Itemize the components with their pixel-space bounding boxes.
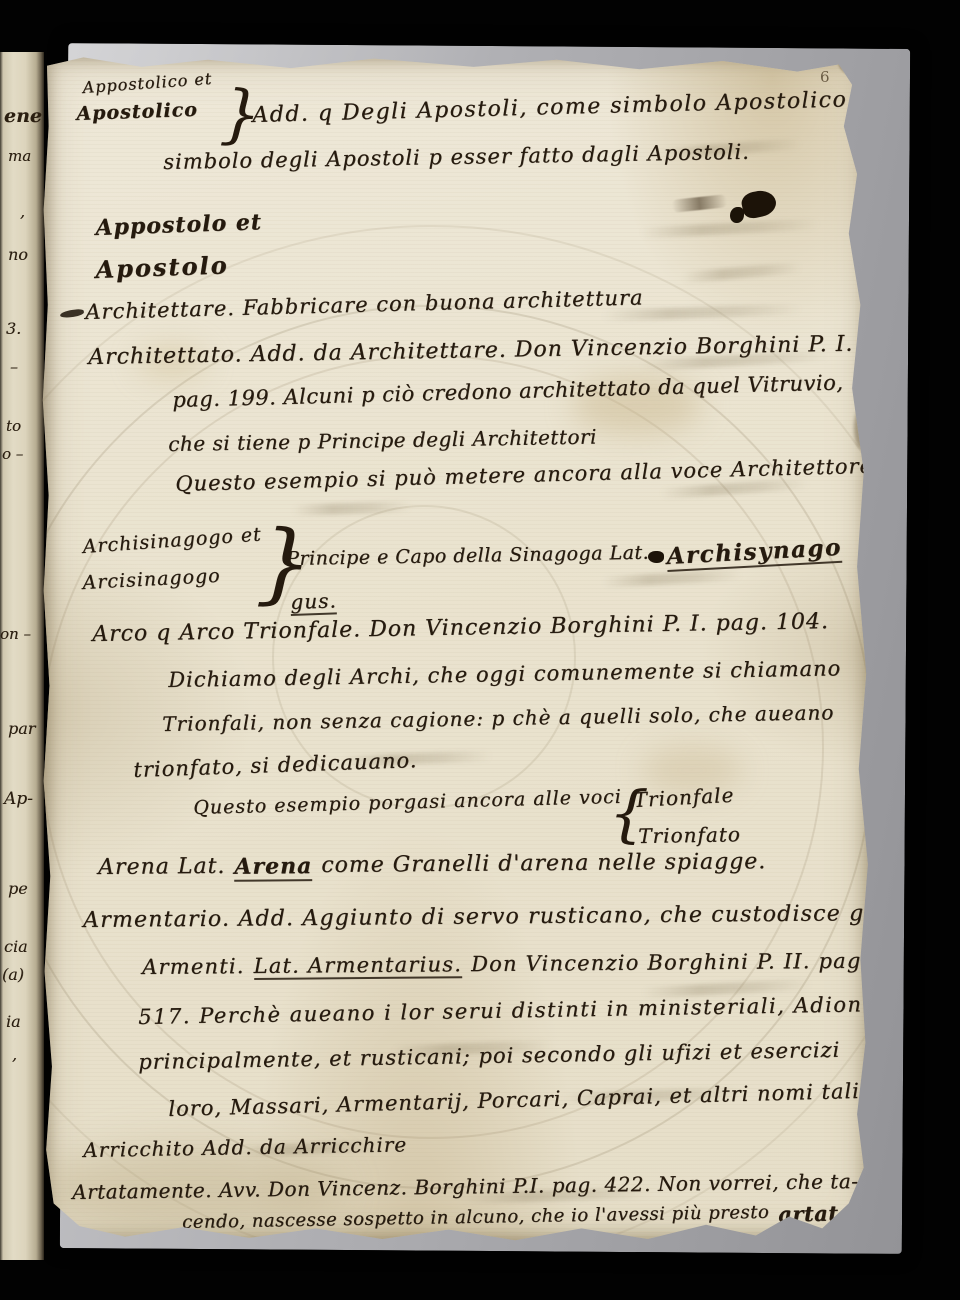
margin-fragment: (a) — [2, 965, 24, 984]
margin-fragment: no — [8, 245, 28, 264]
entry-armentario-citation: Don Vincenzio Borghini P. II. pag — [471, 949, 862, 978]
entry-armentario-armenti: Armenti. — [142, 954, 245, 981]
margin-fragment: cia — [4, 937, 28, 956]
margin-fragment: – — [10, 357, 18, 376]
latin-term-arena: Arena — [234, 853, 312, 882]
show-through-mark — [640, 218, 820, 238]
margin-fragment: Ap- — [4, 789, 33, 809]
ink-smear — [671, 194, 727, 213]
margin-fragment: o – — [2, 445, 23, 463]
margin-fragment: 3. — [6, 319, 21, 338]
latin-term-continuation: gus. — [290, 588, 337, 616]
entry-arena: Arena Lat. Arena come Granelli d'arena n… — [98, 849, 766, 883]
entry-apostolico-headword: Apostolico — [76, 99, 198, 125]
margin-fragment: , — [20, 202, 25, 221]
ink-blot — [648, 551, 664, 563]
cross-reference-trionfato: Trionfato — [638, 822, 741, 848]
entry-apostolo-headword: Apostolo — [95, 250, 229, 284]
margin-fragment: on – — [0, 625, 31, 643]
margin-fragment: par — [8, 719, 35, 738]
entry-apostolico-definition: Add. q Degli Apostoli, come simbolo Apos… — [252, 86, 916, 128]
show-through-mark — [682, 262, 803, 283]
latin-term-armentarius: Lat. Armentarius. — [254, 952, 463, 980]
ink-blot — [730, 207, 744, 223]
previous-page-edge: ene ma , no 3. – to o – on – par Ap- pe … — [0, 52, 44, 1260]
ink-mark — [60, 308, 85, 318]
ink-blot — [740, 188, 779, 221]
margin-fragment: ia — [6, 1012, 21, 1031]
margin-fragment: pe — [8, 879, 28, 898]
entry-apostolo-headword: Appostolo et — [95, 209, 262, 241]
margin-fragment: to — [6, 417, 21, 435]
entry-arena-post: come Granelli d'arena nelle spiagge. — [321, 849, 766, 881]
margin-fragment: , — [12, 1045, 17, 1064]
margin-fragment: ma — [8, 147, 31, 165]
folio-number: 6 — [820, 68, 830, 86]
entry-arena-pre: Arena Lat. — [98, 854, 226, 883]
margin-fragment: ene — [4, 105, 42, 127]
manuscript-page: 6 Appostolico et Apostolico } Add. q Deg… — [42, 55, 872, 1245]
entry-apostolico-headword: Appostolico et — [82, 69, 213, 97]
